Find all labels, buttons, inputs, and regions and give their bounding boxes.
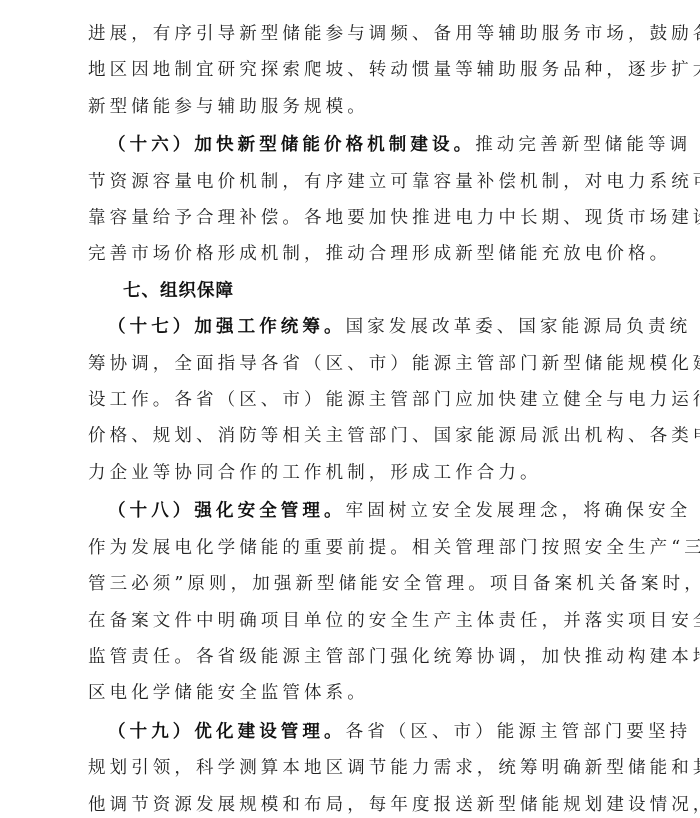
section-heading: 七、组织保障 xyxy=(88,273,618,309)
paragraph-19: （十九）优化建设管理。各省（区、市）能源主管部门要坚持 规划引领，科学测算本地区… xyxy=(88,714,618,818)
text-line: 监管责任。各省级能源主管部门强化统筹协调，加快推动构建本地 xyxy=(88,639,618,675)
paragraph-lead-title: （十七）加强工作统筹。 xyxy=(108,317,346,337)
text-line: 完善市场价格形成机制，推动合理形成新型储能充放电价格。 xyxy=(88,236,618,272)
text-line: 他调节资源发展规模和布局，每年度报送新型储能规划建设情况， xyxy=(88,787,618,818)
text-line: 区电化学储能安全监管体系。 xyxy=(88,675,618,711)
paragraph-16: （十六）加快新型储能价格机制建设。推动完善新型储能等调 节资源容量电价机制，有序… xyxy=(88,127,618,273)
text-line: （十六）加快新型储能价格机制建设。推动完善新型储能等调 xyxy=(88,127,618,163)
text-line: 节资源容量电价机制，有序建立可靠容量补偿机制，对电力系统可 xyxy=(88,164,618,200)
text-line: 在备案文件中明确项目单位的安全生产主体责任，并落实项目安全 xyxy=(88,603,618,639)
text-line: 规划引领，科学测算本地区调节能力需求，统筹明确新型储能和其 xyxy=(88,750,618,786)
paragraph-17: （十七）加强工作统筹。国家发展改革委、国家能源局负责统 筹协调，全面指导各省（区… xyxy=(88,309,618,491)
paragraph-lead-title: （十八）强化安全管理。 xyxy=(108,501,346,521)
text-run: 牢固树立安全发展理念，将确保安全 xyxy=(346,501,692,521)
text-line: 地区因地制宜研究探索爬坡、转动惯量等辅助服务品种，逐步扩大 xyxy=(88,52,618,88)
text-run: 国家发展改革委、国家能源局负责统 xyxy=(346,317,692,337)
text-run: 各省（区、市）能源主管部门要坚持 xyxy=(346,722,692,742)
text-line: 作为发展电化学储能的重要前提。相关管理部门按照安全生产“三 xyxy=(88,530,618,566)
paragraph-15-continued: 进展，有序引导新型储能参与调频、备用等辅助服务市场，鼓励各 地区因地制宜研究探索… xyxy=(88,16,618,125)
text-line: （十八）强化安全管理。牢固树立安全发展理念，将确保安全 xyxy=(88,493,618,529)
document-page: 进展，有序引导新型储能参与调频、备用等辅助服务市场，鼓励各 地区因地制宜研究探索… xyxy=(88,16,618,818)
text-line: （十九）优化建设管理。各省（区、市）能源主管部门要坚持 xyxy=(88,714,618,750)
text-line: 力企业等协同合作的工作机制，形成工作合力。 xyxy=(88,455,618,491)
text-line: 靠容量给予合理补偿。各地要加快推进电力中长期、现货市场建设， xyxy=(88,200,618,236)
paragraph-lead-title: （十九）优化建设管理。 xyxy=(108,722,346,742)
text-line: 进展，有序引导新型储能参与调频、备用等辅助服务市场，鼓励各 xyxy=(88,16,618,52)
text-line: （十七）加强工作统筹。国家发展改革委、国家能源局负责统 xyxy=(88,309,618,345)
paragraph-lead-title: （十六）加快新型储能价格机制建设。 xyxy=(108,135,475,155)
text-line: 管三必须”原则，加强新型储能安全管理。项目备案机关备案时， xyxy=(88,566,618,602)
text-line: 设工作。各省（区、市）能源主管部门应加快建立健全与电力运行、 xyxy=(88,382,618,418)
text-line: 价格、规划、消防等相关主管部门、国家能源局派出机构、各类电 xyxy=(88,418,618,454)
paragraph-18: （十八）强化安全管理。牢固树立安全发展理念，将确保安全 作为发展电化学储能的重要… xyxy=(88,493,618,711)
text-run: 推动完善新型储能等调 xyxy=(475,135,691,155)
text-line: 筹协调，全面指导各省（区、市）能源主管部门新型储能规模化建 xyxy=(88,346,618,382)
text-line: 新型储能参与辅助服务规模。 xyxy=(88,89,618,125)
